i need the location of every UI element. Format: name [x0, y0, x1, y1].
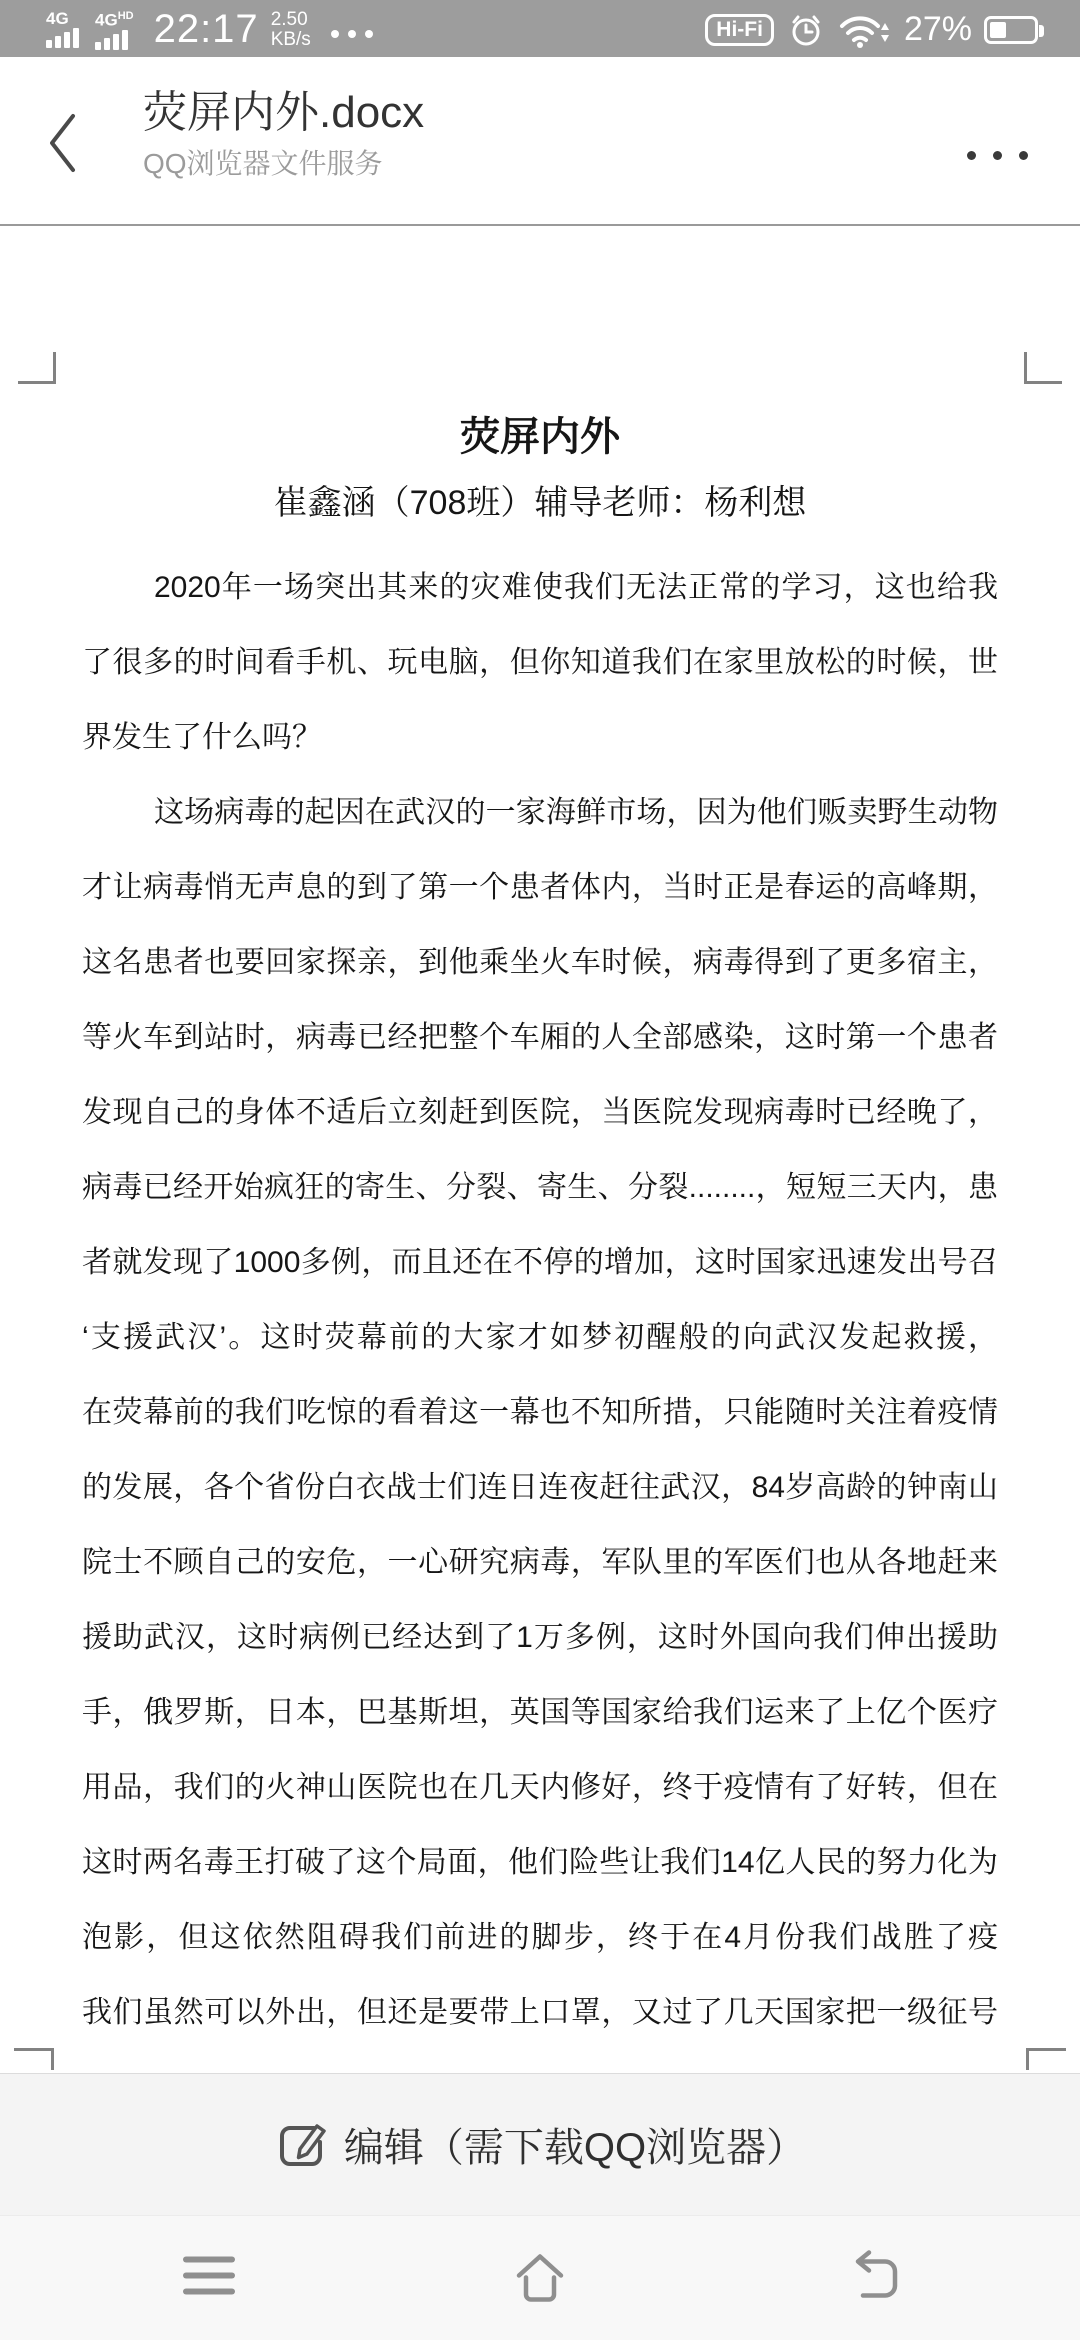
- document-line: 等火车到站时，病毒已经把整个车厢的人全部感染，这时第一个患者: [82, 1000, 998, 1075]
- header: 荧屏内外.docx QQ浏览器文件服务: [0, 57, 1080, 226]
- nav-back-button[interactable]: [841, 2250, 899, 2307]
- edit-button-label: 编辑（需下载QQ浏览器）: [344, 2116, 806, 2173]
- wifi-icon: [838, 11, 890, 49]
- signal-bars-icon: [46, 28, 79, 48]
- document-line: 这名患者也要回家探亲，到他乘坐火车时候，病毒得到了更多宿主，: [82, 925, 998, 1000]
- page-corner-mark: [1026, 2048, 1066, 2070]
- document-line: 泡影，但这依然阻碍我们前进的脚步，终于在4月份我们战胜了疫情，: [82, 1900, 998, 1975]
- nav-menu-button[interactable]: [180, 2252, 238, 2305]
- signal-strength-icon: 4G: [46, 11, 79, 48]
- page-corner-mark: [1024, 352, 1062, 384]
- document-viewer: 荧屏内外 崔鑫涵（708班）辅导老师：杨利想 2020年一场突出其来的灾难使我们…: [0, 228, 1080, 2073]
- network-type-hd-label: 4GHD: [95, 9, 134, 28]
- edit-button[interactable]: 编辑（需下载QQ浏览器）: [0, 2073, 1080, 2215]
- network-speed: 2.50 KB/s: [271, 10, 311, 50]
- document-line: 发现自己的身体不适后立刻赶到医院，当医院发现病毒时已经晚了，: [82, 1075, 998, 1150]
- file-subtitle: QQ浏览器文件服务: [143, 143, 424, 185]
- document-line: 这场病毒的起因在武汉的一家海鲜市场，因为他们贩卖野生动物: [82, 775, 998, 850]
- document-line: 病毒已经开始疯狂的寄生、分裂、寄生、分裂........，短短三天内，患: [82, 1150, 998, 1225]
- document-line: 援助武汉，这时病例已经达到了1万多例，这时外国向我们伸出援助之: [82, 1600, 998, 1675]
- document-line: 才让病毒悄无声息的到了第一个患者体内，当时正是春运的高峰期，: [82, 850, 998, 925]
- hifi-badge: Hi-Fi: [705, 14, 774, 46]
- signal-bars-icon: [95, 30, 128, 50]
- document-line: 者就发现了1000多例，而且还在不停的增加，这时国家迅速发出号召: [82, 1225, 998, 1300]
- file-title: 荧屏内外.docx: [143, 83, 424, 143]
- document-line: 界发生了什么吗？: [82, 700, 998, 775]
- document-line: ‘支援武汉’。这时荧幕前的大家才如梦初醒般的向武汉发起救援，: [82, 1300, 998, 1375]
- status-bar-left: 4G 4GHD 22:17 2.50 KB/s: [46, 7, 373, 52]
- page-corner-mark: [14, 2048, 54, 2070]
- network-speed-value: 2.50: [271, 10, 311, 30]
- document-line: 院士不顾自己的安危，一心研究病毒，军队里的军医们也从各地赶来: [82, 1525, 998, 1600]
- notification-dots-icon: [331, 30, 373, 38]
- document-line: 在荧幕前的我们吃惊的看着这一幕也不知所措，只能随时关注着疫情: [82, 1375, 998, 1450]
- network-speed-unit: KB/s: [271, 30, 311, 50]
- status-bar: 4G 4GHD 22:17 2.50 KB/s Hi-Fi 27%: [0, 0, 1080, 57]
- document-line: 我们虽然可以外出，但还是要带上口罩，又过了几天国家把一级征号: [82, 1975, 998, 2050]
- nav-home-button[interactable]: [509, 2247, 571, 2310]
- signal-strength-hd-icon: 4GHD: [95, 9, 134, 50]
- edit-pencil-icon: [274, 2117, 330, 2173]
- home-icon: [509, 2247, 571, 2305]
- navigation-bar: [0, 2215, 1080, 2340]
- document-line: 的发展，各个省份白衣战士们连日连夜赶往武汉，84岁高龄的钟南山: [82, 1450, 998, 1525]
- header-titles: 荧屏内外.docx QQ浏览器文件服务: [143, 83, 424, 185]
- document-line: 这时两名毒王打破了这个局面，他们险些让我们14亿人民的努力化为: [82, 1825, 998, 1900]
- document-line: 用品，我们的火神山医院也在几天内修好，终于疫情有了好转，但在: [82, 1750, 998, 1825]
- battery-percent: 27%: [904, 10, 972, 49]
- document-line: 了很多的时间看手机、玩电脑，但你知道我们在家里放松的时候，世: [82, 625, 998, 700]
- document-title: 荧屏内外: [0, 410, 1080, 464]
- more-menu-button[interactable]: [961, 145, 1034, 166]
- document-line: 2020年一场突出其来的灾难使我们无法正常的学习，这也给我带: [82, 550, 998, 625]
- alarm-clock-icon: [788, 12, 824, 48]
- document-line: 手，俄罗斯，日本，巴基斯坦，英国等国家给我们运来了上亿个医疗: [82, 1675, 998, 1750]
- chevron-left-icon: [44, 109, 84, 177]
- screen: { "colors": { "status_bar_bg": "#9d9d9d"…: [0, 0, 1080, 2340]
- menu-icon: [180, 2252, 238, 2300]
- status-time: 22:17: [154, 7, 259, 52]
- document-lines: 2020年一场突出其来的灾难使我们无法正常的学习，这也给我带了很多的时间看手机、…: [82, 550, 998, 2050]
- back-button[interactable]: [44, 109, 84, 177]
- return-arrow-icon: [841, 2250, 899, 2302]
- status-bar-right: Hi-Fi 27%: [705, 10, 1046, 49]
- network-type-label: 4G: [46, 11, 69, 26]
- page-corner-mark: [18, 352, 56, 384]
- document-byline: 崔鑫涵（708班）辅导老师：杨利想: [0, 476, 1080, 530]
- battery-icon: [984, 16, 1038, 44]
